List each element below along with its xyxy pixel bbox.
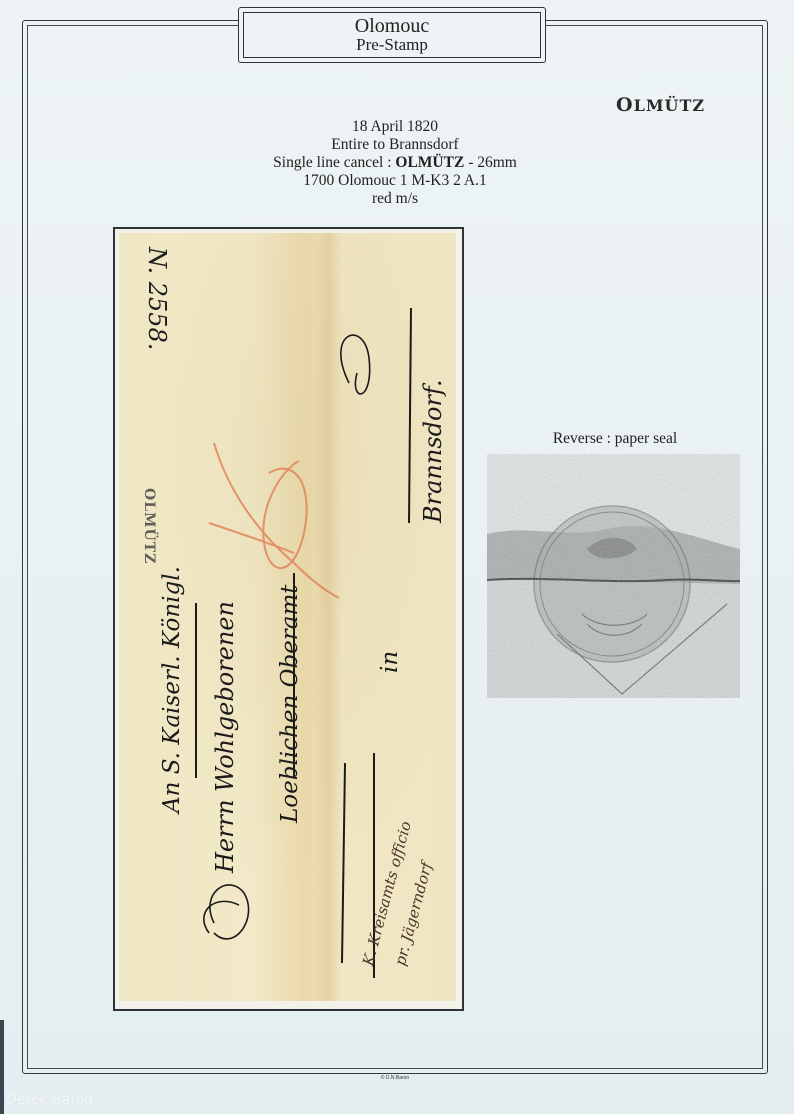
- page-title: Olomouc: [355, 16, 429, 36]
- red-manuscript-marking: [209, 443, 339, 598]
- cancel-suffix: - 26mm: [464, 154, 517, 171]
- cover-description: 18 April 1820 Entire to Brannsdorf Singl…: [200, 118, 590, 208]
- description-rate: red m/s: [200, 190, 590, 208]
- description-entire: Entire to Brannsdorf: [200, 136, 590, 154]
- address-line-3: Loeblichen Oberamt: [277, 584, 303, 823]
- cancel-sample-impression: OLMÜTZ: [616, 94, 705, 116]
- title-box: Olomouc Pre-Stamp: [238, 7, 546, 63]
- cover-mount: N. 2558. OLMÜTZ An S. Kaiserl. Königl. H…: [113, 227, 464, 1011]
- address-line-4: in: [377, 651, 403, 673]
- cancel-sample-first: O: [616, 94, 634, 116]
- watermark: Derek Baron: [6, 1092, 93, 1108]
- cancel-name: OLMÜTZ: [395, 154, 464, 171]
- paper-seal-image: [487, 454, 740, 698]
- description-cancel: Single line cancel : OLMÜTZ - 26mm: [200, 154, 590, 172]
- cancel-prefix: Single line cancel :: [273, 154, 395, 171]
- destination-brannsdorf: Brannsdorf.: [419, 379, 447, 523]
- address-line-2: Herrn Wohlgeborenen: [211, 601, 239, 873]
- entire-letter-cover: N. 2558. OLMÜTZ An S. Kaiserl. Königl. H…: [119, 233, 456, 1001]
- seal-caption: Reverse : paper seal: [490, 430, 740, 448]
- description-catalogue: 1700 Olomouc 1 M-K3 2 A.1: [200, 172, 590, 190]
- cancel-sample-rest: LMÜTZ: [634, 96, 706, 115]
- page-subtitle: Pre-Stamp: [356, 36, 428, 54]
- reference-number: N. 2558.: [143, 247, 171, 350]
- copyright-notice: © D.N.Baron: [360, 1075, 430, 1081]
- olmutz-postmark: OLMÜTZ: [141, 488, 157, 564]
- description-date: 18 April 1820: [200, 118, 590, 136]
- title-box-inner: Olomouc Pre-Stamp: [243, 12, 541, 58]
- scan-edge: [0, 1020, 4, 1114]
- paper-seal-drawing: [487, 454, 740, 698]
- address-line-1: An S. Kaiserl. Königl.: [159, 566, 185, 813]
